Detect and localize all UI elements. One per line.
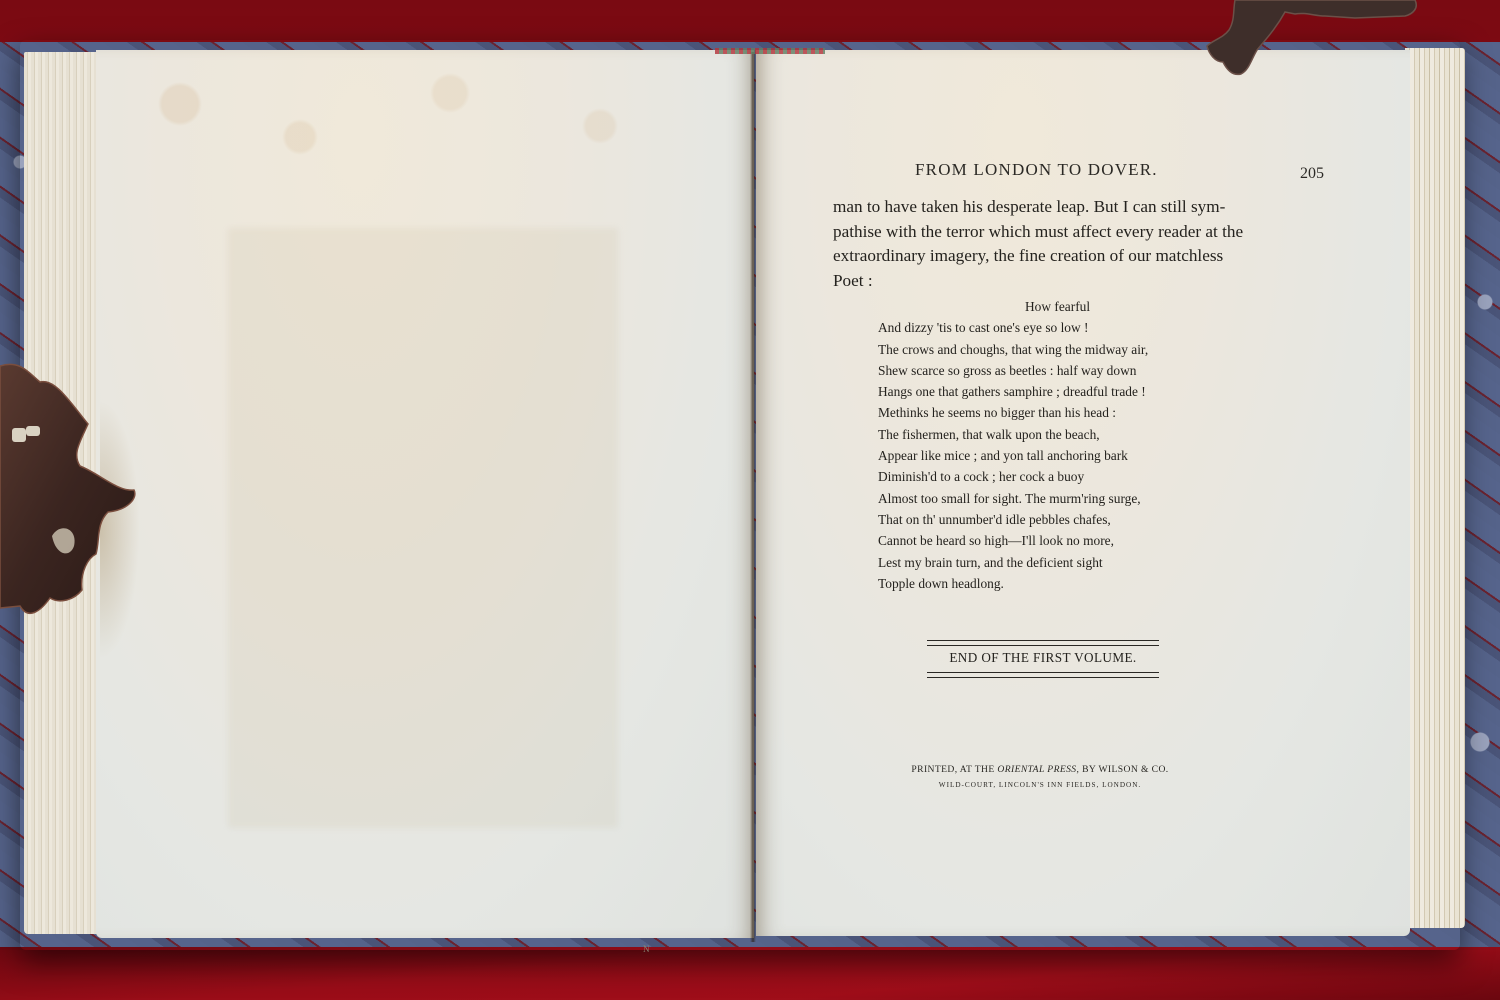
imprint-press-name: ORIENTAL PRESS xyxy=(997,764,1076,775)
verse-line: Shew scarce so gross as beetles : half w… xyxy=(878,360,1148,381)
verse-line: Methinks he seems no bigger than his hea… xyxy=(878,402,1148,423)
book-gutter xyxy=(750,52,756,942)
headband xyxy=(715,48,825,54)
verse-line: Topple down headlong. xyxy=(878,573,1148,594)
verse-line: How fearful xyxy=(878,296,1148,317)
end-rule-bottom xyxy=(927,672,1159,678)
page-number: 205 xyxy=(1300,165,1324,183)
verse-line: Almost too small for sight. The murm'rin… xyxy=(878,488,1148,509)
verse-line: Appear like mice ; and yon tall anchorin… xyxy=(878,445,1148,466)
printer-imprint: PRINTED, AT THE ORIENTAL PRESS, BY WILSO… xyxy=(880,764,1200,775)
printer-address: WILD-COURT, LINCOLN'S INN FIELDS, LONDON… xyxy=(880,781,1200,789)
verse-line: That on th' unnumber'd idle pebbles chaf… xyxy=(878,509,1148,530)
verse-line: Cannot be heard so high—I'll look no mor… xyxy=(878,530,1148,551)
body-line: extraordinary imagery, the fine creation… xyxy=(833,244,1248,269)
ornate-metal-clasp-icon xyxy=(1205,0,1425,85)
verse-line: Diminish'd to a cock ; her cock a buoy xyxy=(878,466,1148,487)
ornate-metal-clasp-icon xyxy=(0,362,140,627)
imprint-text: PRINTED, AT THE xyxy=(911,764,997,775)
verse-line: The fishermen, that walk upon the beach, xyxy=(878,424,1148,445)
body-paragraph: man to have taken his desperate leap. Bu… xyxy=(833,195,1248,293)
running-head: FROM LONDON TO DOVER. xyxy=(915,160,1158,180)
right-page-stack xyxy=(1405,48,1465,928)
body-line: Poet : xyxy=(833,269,1248,294)
signature-mark: N xyxy=(643,944,650,954)
verse-line: The crows and choughs, that wing the mid… xyxy=(878,339,1148,360)
end-rule-top xyxy=(927,640,1159,646)
plate-offset-ghost xyxy=(228,228,618,828)
body-line: man to have taken his desperate leap. Bu… xyxy=(833,195,1248,220)
verse-quotation: How fearful And dizzy 'tis to cast one's… xyxy=(878,296,1148,594)
verse-line: And dizzy 'tis to cast one's eye so low … xyxy=(878,317,1148,338)
verse-line: Lest my brain turn, and the deficient si… xyxy=(878,552,1148,573)
verse-line: Hangs one that gathers samphire ; dreadf… xyxy=(878,381,1148,402)
imprint-text: , BY WILSON & CO. xyxy=(1076,764,1168,775)
end-of-volume-notice: END OF THE FIRST VOLUME. xyxy=(927,650,1159,666)
body-line: pathise with the terror which must affec… xyxy=(833,220,1248,245)
